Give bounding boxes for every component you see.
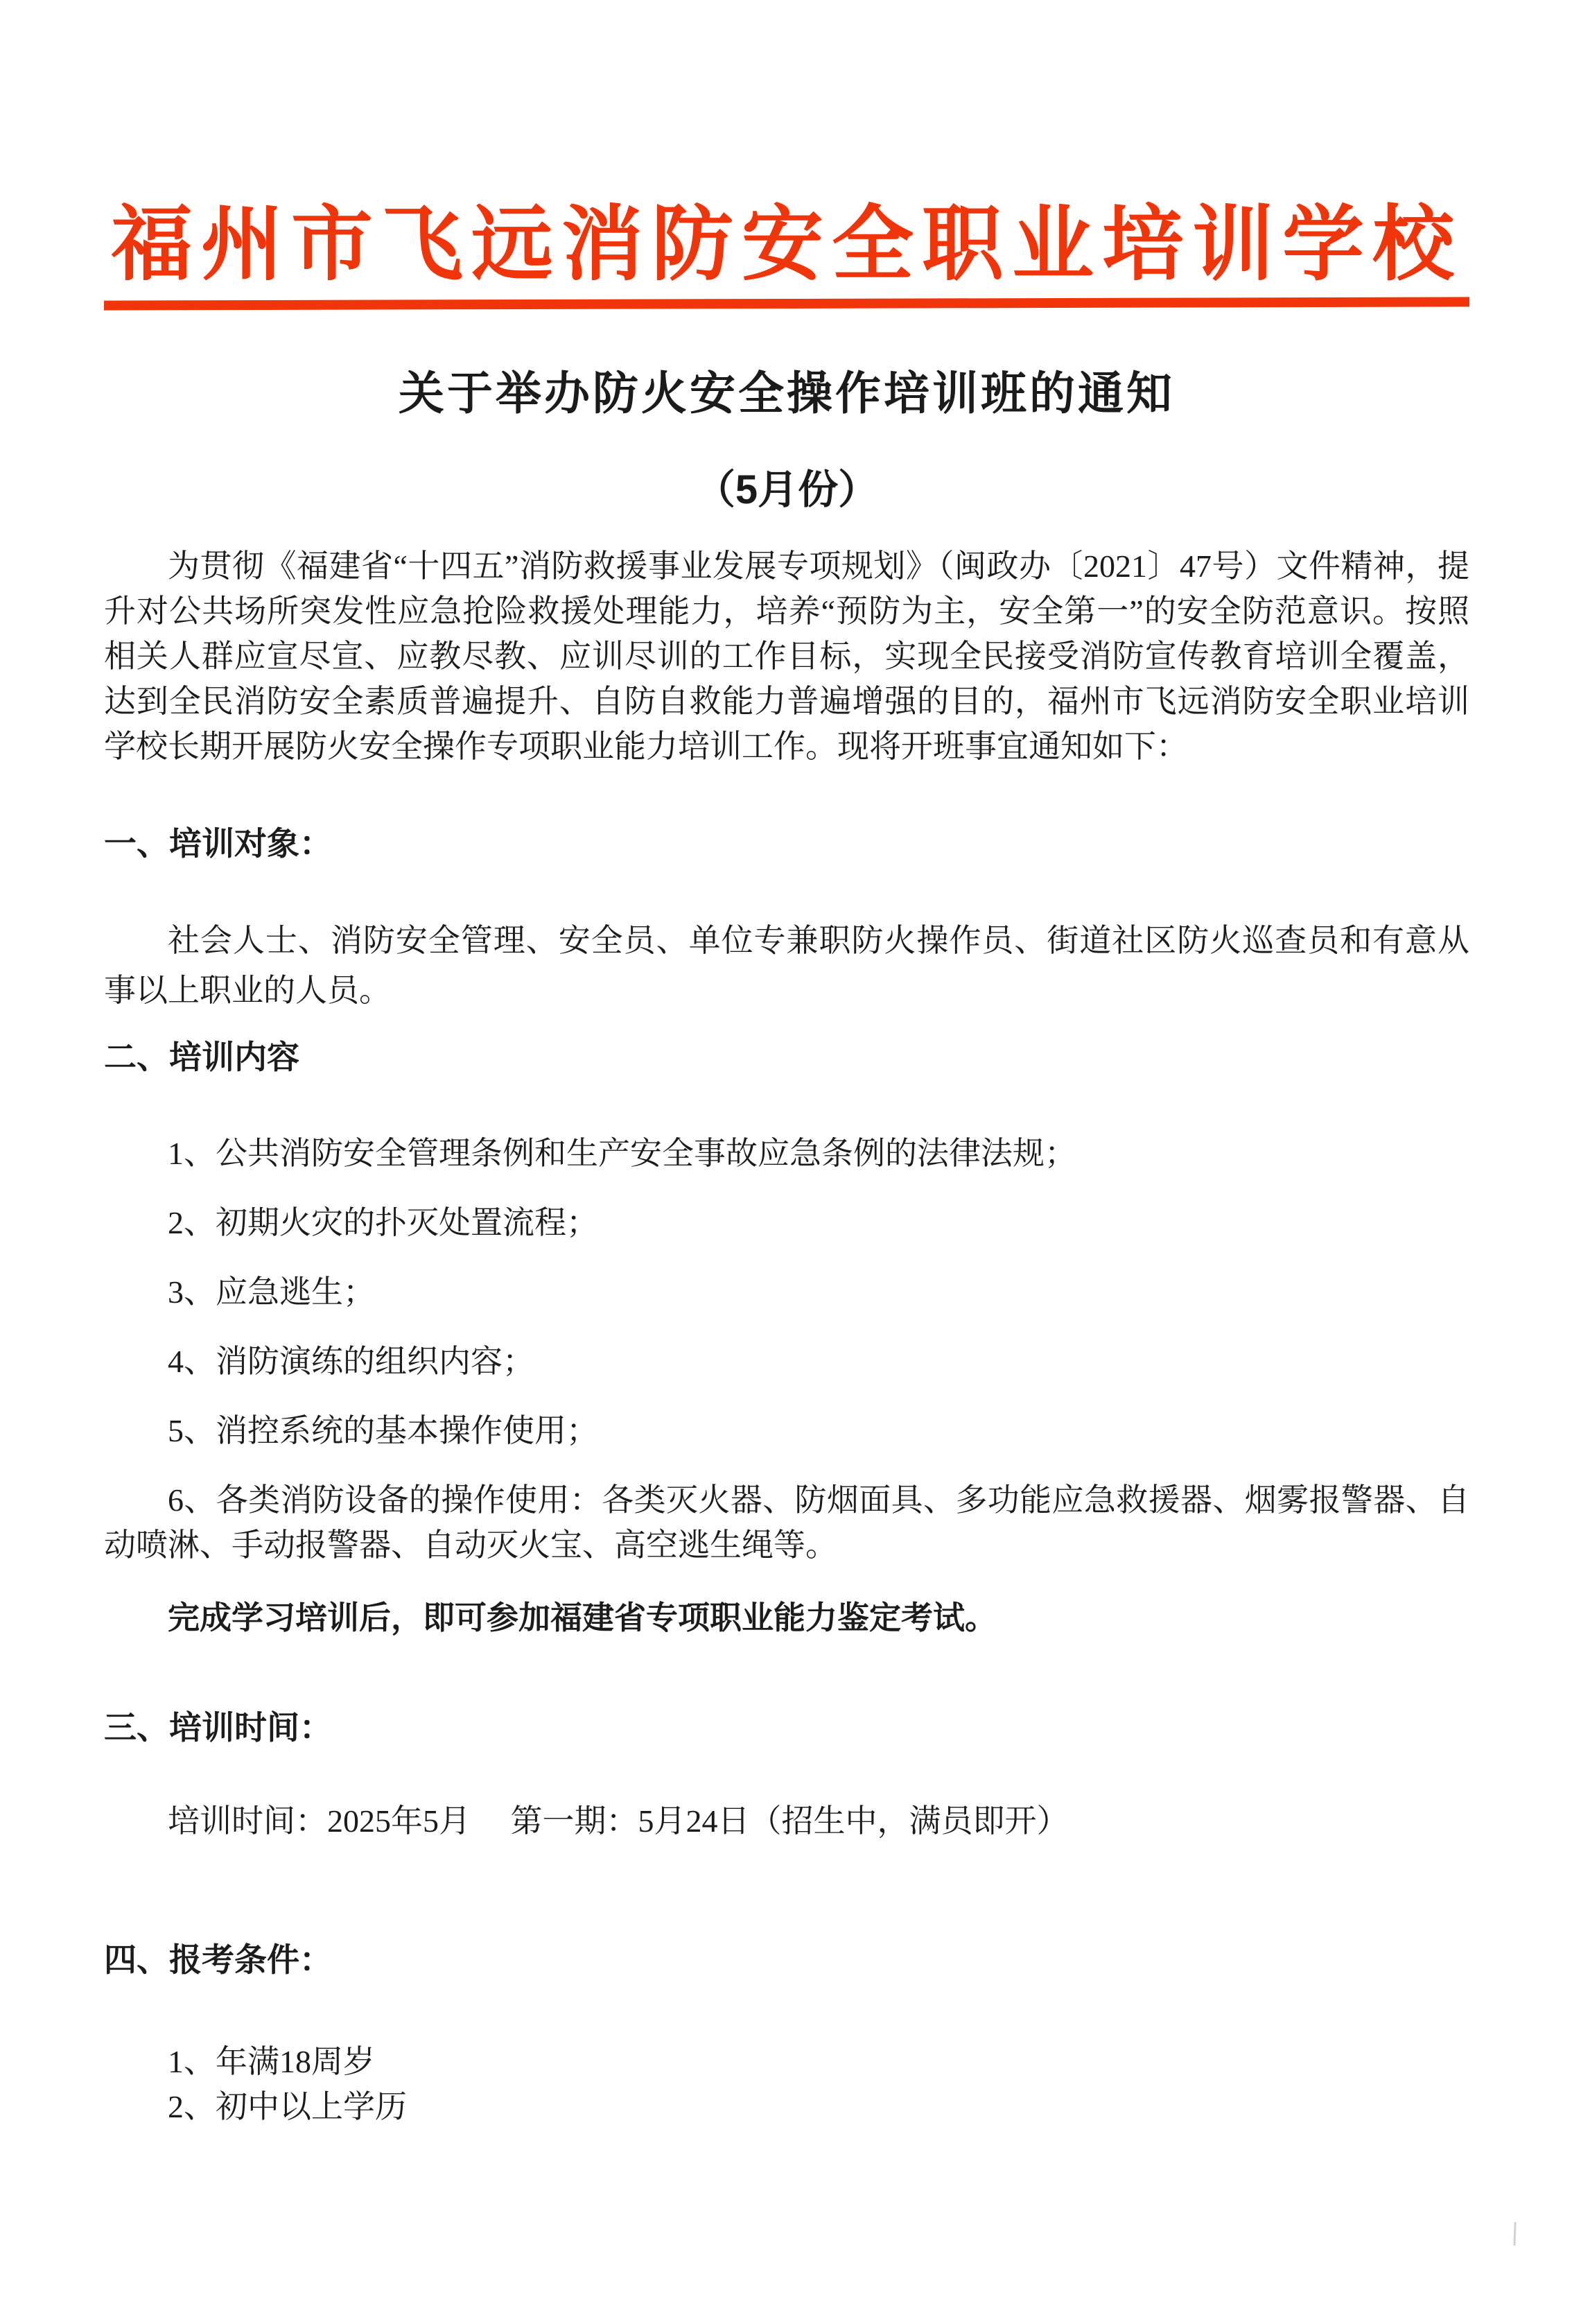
training-content-item-1: 1、公共消防安全管理条例和生产安全事故应急条例的法律法规； bbox=[104, 1131, 1469, 1176]
school-name-title: 福州市飞远消防安全职业培训学校 bbox=[104, 202, 1469, 288]
scan-artifact-mark bbox=[1513, 2222, 1516, 2246]
notice-title: 关于举办防火安全操作培训班的通知 bbox=[104, 368, 1469, 419]
training-content-item-6: 6、各类消防设备的操作使用：各类灭火器、防烟面具、多功能应急救援器、烟雾报警器、… bbox=[104, 1477, 1469, 1568]
training-content-item-3: 3、应急逃生； bbox=[104, 1269, 1469, 1315]
document-header: 福州市飞远消防安全职业培训学校 bbox=[104, 202, 1469, 309]
section-heading-training-content: 二、培训内容 bbox=[104, 1039, 1469, 1075]
training-content-item-2: 2、初期火灾的扑灭处置流程； bbox=[104, 1200, 1469, 1245]
training-time-paragraph: 培训时间：2025年5月 第一期：5月24日（招生中，满员即开） bbox=[104, 1798, 1469, 1844]
section-heading-application-requirements: 四、报考条件： bbox=[104, 1942, 1469, 1978]
application-requirement-2: 2、初中以上学历 bbox=[104, 2084, 1469, 2129]
training-content-item-5: 5、消控系统的基本操作使用； bbox=[104, 1408, 1469, 1453]
section-heading-training-targets: 一、培训对象： bbox=[104, 826, 1469, 862]
training-content-item-4: 4、消防演练的组织内容； bbox=[104, 1339, 1469, 1384]
header-divider-rule bbox=[104, 297, 1469, 310]
application-requirement-1: 1、年满18周岁 bbox=[104, 2039, 1469, 2084]
training-targets-paragraph: 社会人士、消防安全管理、安全员、单位专兼职防火操作员、街道社区防火巡查员和有意从… bbox=[104, 916, 1469, 1016]
notice-subtitle-month: （5月份） bbox=[104, 468, 1469, 513]
notice-document-page: 福州市飞远消防安全职业培训学校 关于举办防火安全操作培训班的通知 （5月份） 为… bbox=[0, 0, 1572, 2324]
section-heading-training-time: 三、培训时间： bbox=[104, 1710, 1469, 1746]
exam-eligibility-note: 完成学习培训后，即可参加福建省专项职业能力鉴定考试。 bbox=[104, 1595, 1469, 1640]
intro-paragraph: 为贯彻《福建省“十四五”消防救援事业发展专项规划》（闽政办〔2021〕47号）文… bbox=[104, 544, 1469, 769]
